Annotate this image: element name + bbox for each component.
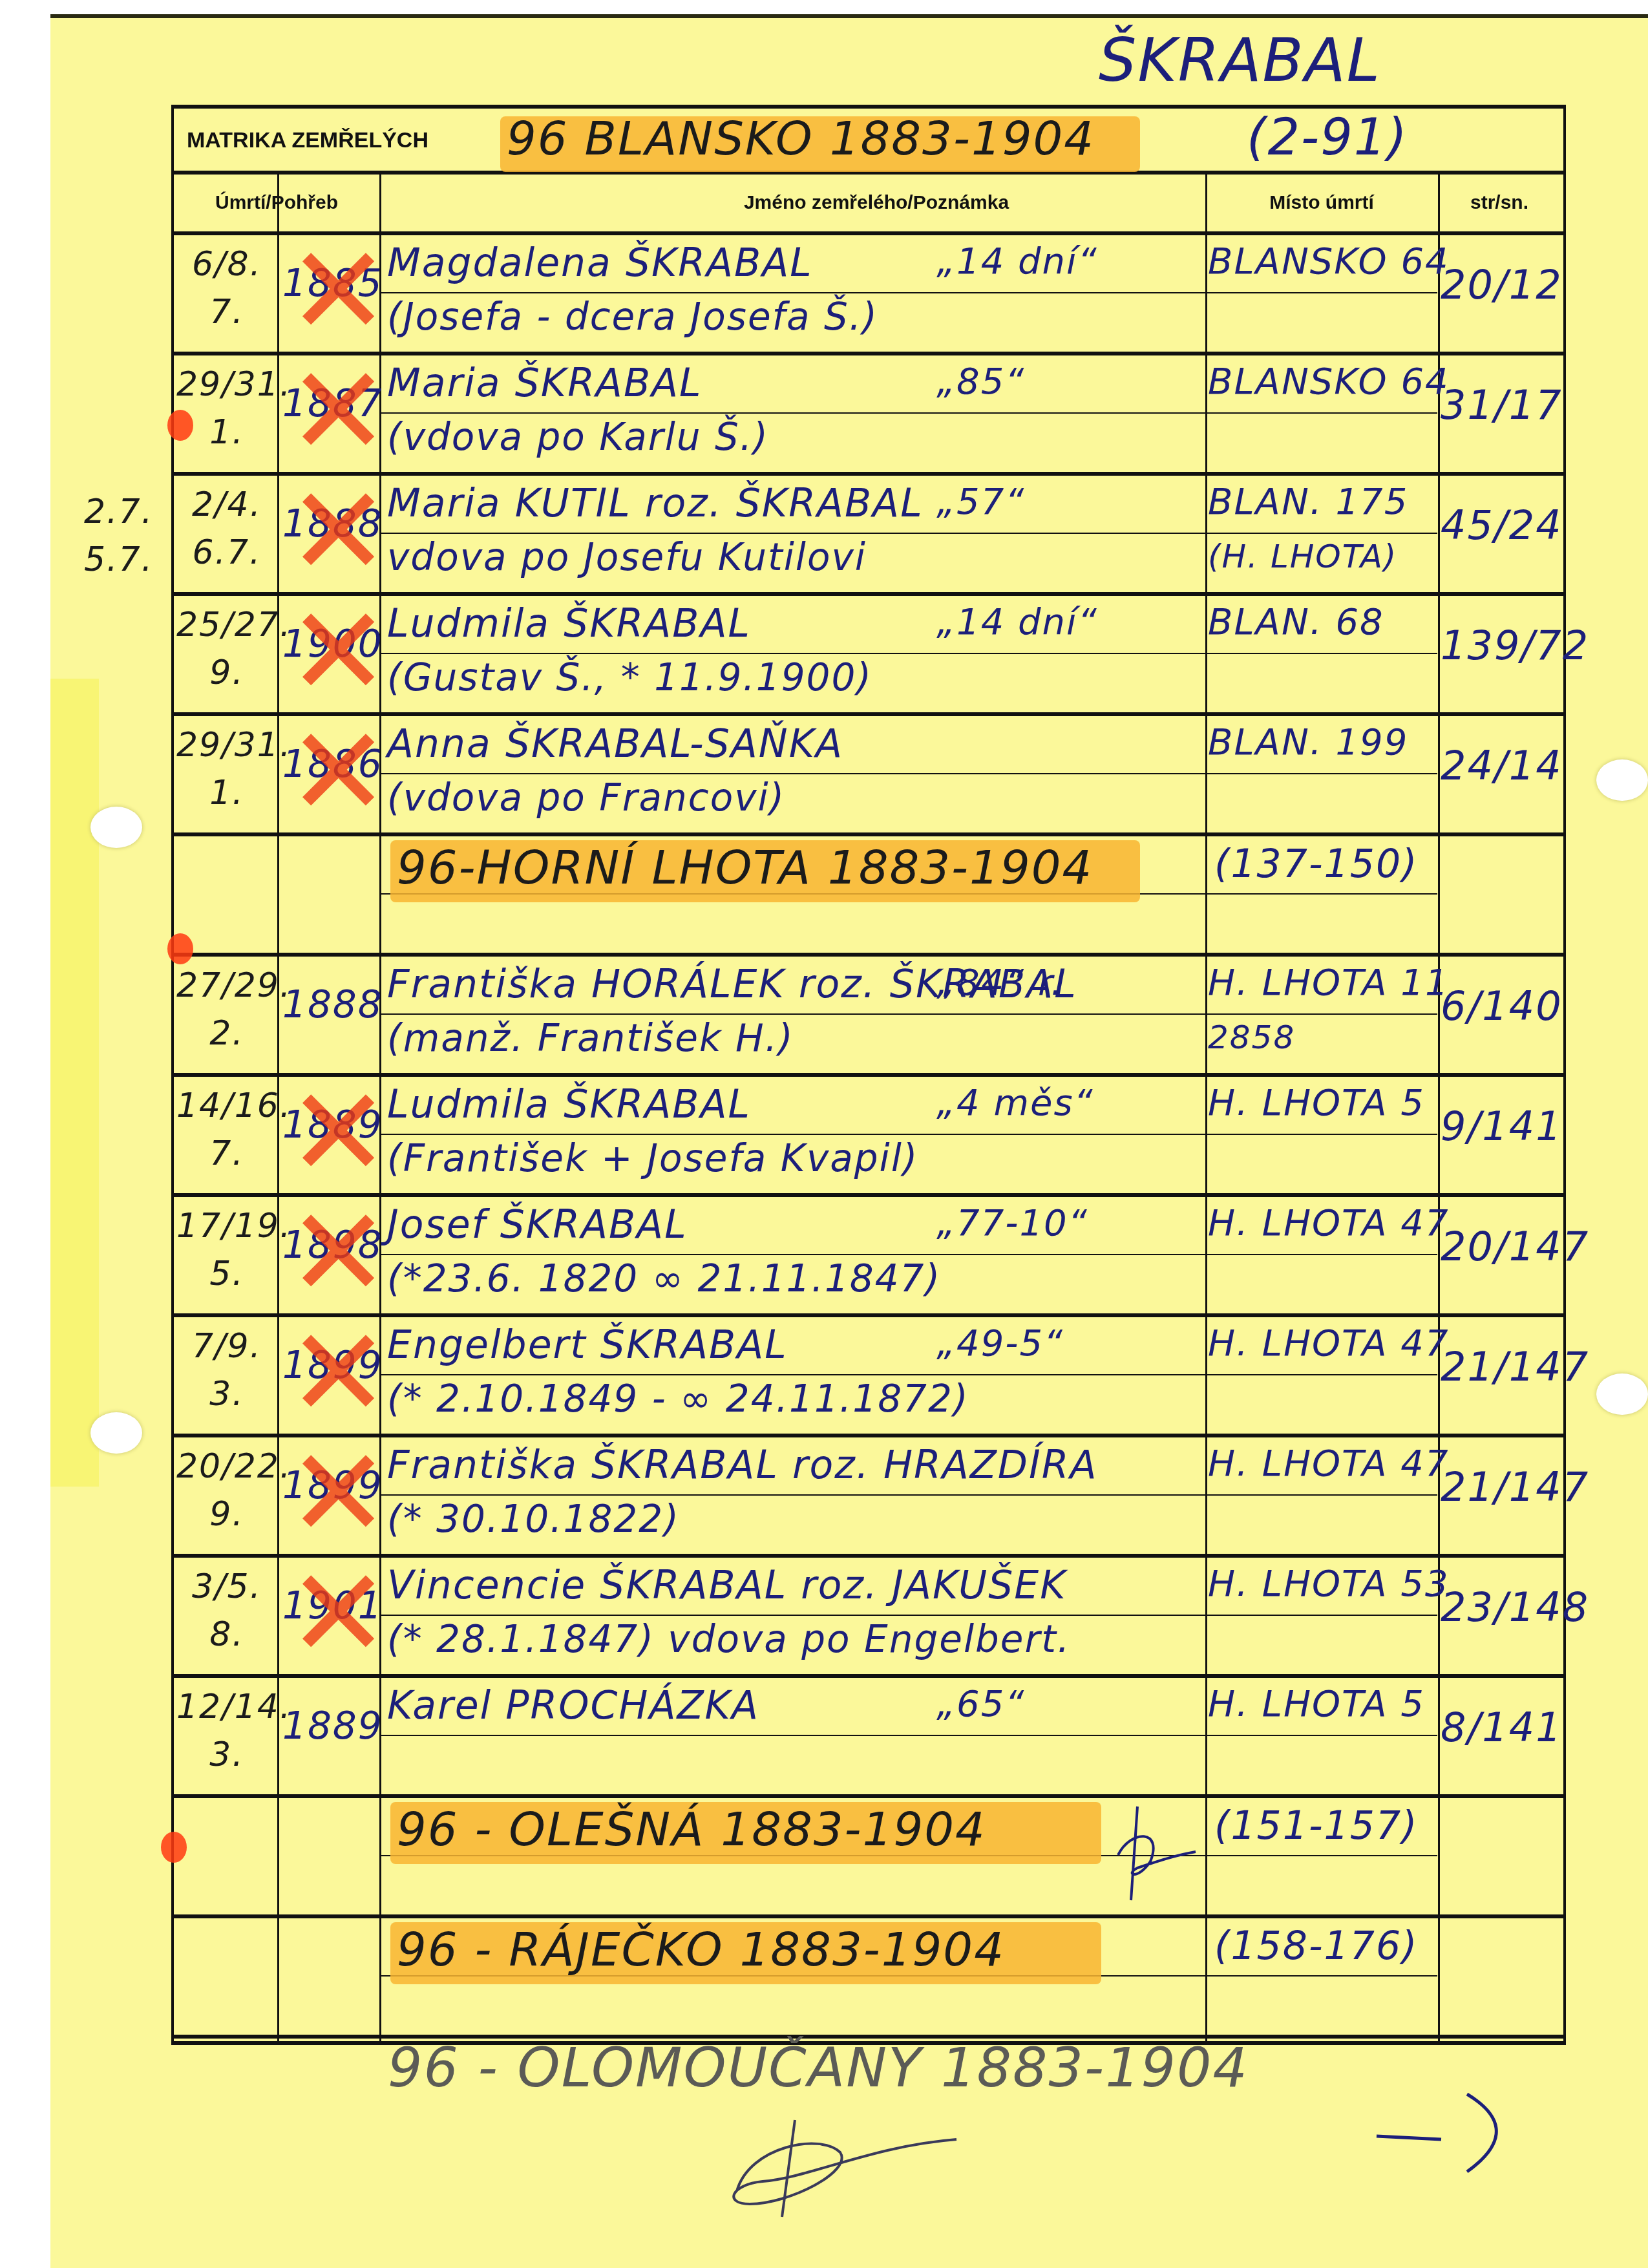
date-bottom: 7. [176, 1130, 277, 1178]
arrow-right-icon [1370, 2088, 1525, 2178]
table-row: 14/16.7.1889Ludmila ŠKRABAL(František + … [174, 1077, 1563, 1197]
deceased-name: Maria ŠKRABAL [387, 361, 703, 406]
death-year: 1887 [282, 381, 379, 425]
burial-date: 6/8.7. [176, 240, 277, 336]
place-of-death: H. LHOTA 53 [1208, 1563, 1450, 1605]
table-row: 3/5.8.1901Vincencie ŠKRABAL roz. JAKUŠEK… [174, 1558, 1563, 1678]
section-title: 96 - OLEŠNÁ 1883-1904 [397, 1802, 986, 1856]
punch-hole [1596, 759, 1648, 801]
section-header-row: 96 - OLEŠNÁ 1883-1904(151-157) [174, 1798, 1563, 1918]
punch-hole [1596, 1373, 1648, 1415]
page-reference: 8/141 [1441, 1704, 1563, 1751]
date-bottom: 5. [176, 1250, 277, 1298]
red-dot-mark [161, 1832, 187, 1863]
note: (František + Josefa Kvapil) [387, 1136, 918, 1180]
page-reference: 139/72 [1441, 622, 1589, 669]
deceased-name: Maria KUTIL roz. ŠKRABAL [387, 481, 924, 526]
table-row: 7/9.3.1899Engelbert ŠKRABAL(* 2.10.1849 … [174, 1317, 1563, 1437]
deceased-name: Ludmila ŠKRABAL [387, 1082, 751, 1127]
death-year: 1889 [282, 1103, 379, 1147]
section-title: 96 BLANSKO 1883-1904 [507, 111, 1095, 165]
date-top: 14/16. [176, 1082, 277, 1130]
footer-note: 96 - OLOMOUČANY 1883-1904 [388, 2036, 1249, 2099]
table-row: 17/19.5.1898Josef ŠKRABAL(*23.6. 1820 ∞ … [174, 1197, 1563, 1317]
death-year: 1900 [282, 622, 379, 666]
ruled-line [379, 653, 1437, 654]
date-bottom: 3. [176, 1731, 277, 1779]
ruled-line [379, 533, 1437, 534]
col-header-place: Místo úmrtí [1205, 175, 1438, 231]
date-top: 20/22. [176, 1443, 277, 1490]
burial-date: 3/5.8. [176, 1563, 277, 1659]
burial-date: 25/27.9. [176, 601, 277, 697]
place-of-death: H. LHOTA 11 [1208, 962, 1450, 1004]
ruled-line [379, 1735, 1437, 1736]
age-at-death: „85“ [936, 361, 1025, 403]
age-at-death: „57“ [936, 481, 1025, 523]
age-at-death: „4 měs“ [936, 1082, 1094, 1124]
death-year: 1901 [282, 1584, 379, 1627]
place-of-death: H. LHOTA 5 [1208, 1082, 1425, 1124]
table-row: 29/31.1.1886Anna ŠKRABAL-SAŇKA(vdova po … [174, 716, 1563, 836]
page-reference: 9/141 [1441, 1103, 1563, 1150]
burial-date: 17/19.5. [176, 1202, 277, 1298]
date-bottom: 7. [176, 288, 277, 336]
section-header-row: 96-HORNÍ LHOTA 1883-1904(137-150) [174, 836, 1563, 957]
table-row: 6/8.7.1885Magdalena ŠKRABAL(Josefa - dce… [174, 235, 1563, 355]
date-bottom: 8. [176, 1611, 277, 1659]
signature-icon [1112, 1803, 1202, 1907]
death-year: 1898 [282, 1223, 379, 1267]
date-top: 29/31. [176, 361, 277, 408]
place-of-death: BLAN. 199 [1208, 721, 1408, 763]
note: (* 2.10.1849 - ∞ 24.11.1872) [387, 1377, 969, 1421]
age-at-death: „65“ [936, 1683, 1025, 1725]
date-top: 3/5. [176, 1563, 277, 1611]
ruled-line [379, 292, 1437, 293]
date-bottom: 2. [176, 1010, 277, 1057]
page-reference: 21/147 [1441, 1463, 1589, 1510]
date-top: 7/9. [176, 1322, 277, 1370]
margin-note: 2.7. 5.7. [84, 488, 153, 584]
table-row: 20/22.9.1899Františka ŠKRABAL roz. HRAZD… [174, 1437, 1563, 1558]
burial-date: 7/9.3. [176, 1322, 277, 1418]
sticky-strip [50, 679, 99, 1487]
table-row: 25/27.9.1900Ludmila ŠKRABAL(Gustav Š., *… [174, 596, 1563, 716]
place-of-death: BLAN. 68 [1208, 601, 1384, 643]
burial-date: 20/22.9. [176, 1443, 277, 1538]
place-extra: 2858 [1208, 1019, 1295, 1056]
date-top: 27/29. [176, 962, 277, 1010]
age-at-death: „77-10“ [936, 1202, 1088, 1244]
ruled-line [379, 1615, 1437, 1616]
punch-hole [90, 1412, 142, 1454]
title-row: MATRIKA ZEMŘELÝCH 96 BLANSKO 1883-1904 (… [174, 109, 1563, 175]
date-top: 29/31. [176, 721, 277, 769]
page-reference: 45/24 [1441, 502, 1563, 549]
place-of-death: BLANSKO 64 [1208, 240, 1450, 282]
death-year: 1888 [282, 502, 379, 546]
signature-icon [711, 2107, 982, 2223]
margin-note-line: 2.7. [84, 488, 153, 536]
section-pages: (2-91) [1247, 109, 1408, 167]
death-register-table: MATRIKA ZEMŘELÝCH 96 BLANSKO 1883-1904 (… [171, 105, 1566, 2045]
date-bottom: 9. [176, 649, 277, 697]
page-reference: 31/17 [1441, 381, 1563, 429]
note: (*23.6. 1820 ∞ 21.11.1847) [387, 1256, 941, 1300]
date-bottom: 9. [176, 1490, 277, 1538]
table-row: 29/31.1.1887Maria ŠKRABAL(vdova po Karlu… [174, 355, 1563, 476]
punch-hole [90, 807, 142, 848]
note: (Gustav Š., * 11.9.1900) [387, 655, 872, 699]
age-at-death: „84“ r. [936, 962, 1064, 1004]
place-of-death: BLANSKO 64 [1208, 361, 1450, 403]
section-pages: (137-150) [1214, 842, 1419, 887]
death-year: 1899 [282, 1463, 379, 1507]
age-at-death: „49-5“ [936, 1322, 1064, 1364]
death-year: 1889 [282, 1704, 379, 1748]
red-dot-mark [167, 933, 193, 964]
note: (* 28.1.1847) vdova po Engelbert. [387, 1617, 1071, 1661]
note: (Josefa - dcera Josefa Š.) [387, 295, 878, 339]
place-of-death: BLAN. 175 [1208, 481, 1408, 523]
ruled-line [379, 1254, 1437, 1255]
note: vdova po Josefu Kutilovi [387, 535, 867, 579]
burial-date: 2/4.6.7. [176, 481, 277, 577]
date-bottom: 6.7. [176, 529, 277, 577]
age-at-death: „14 dní“ [936, 240, 1098, 282]
place-of-death: H. LHOTA 47 [1208, 1322, 1450, 1364]
deceased-name: Vincencie ŠKRABAL roz. JAKUŠEK [387, 1563, 1067, 1608]
death-year: 1888 [282, 982, 379, 1026]
date-top: 6/8. [176, 240, 277, 288]
burial-date: 12/14.3. [176, 1683, 277, 1779]
deceased-name: Františka ŠKRABAL roz. HRAZDÍRA [387, 1443, 1098, 1488]
death-year: 1899 [282, 1343, 379, 1387]
table-row: 2/4.6.7.1888Maria KUTIL roz. ŠKRABALvdov… [174, 476, 1563, 596]
col-header-date: Úmrtí/Pohřeb [174, 175, 379, 231]
place-extra: (H. LHOTA) [1208, 538, 1397, 575]
note: (vdova po Francovi) [387, 776, 785, 820]
deceased-name: Magdalena ŠKRABAL [387, 240, 813, 286]
age-at-death: „14 dní“ [936, 601, 1098, 643]
deceased-name: Anna ŠKRABAL-SAŇKA [387, 721, 843, 767]
surname-heading: ŠKRABAL [1099, 26, 1381, 95]
page-reference: 20/147 [1441, 1223, 1589, 1270]
section-header-row: 96 - RÁJEČKO 1883-1904(158-176) [174, 1918, 1563, 2039]
ruled-line [379, 1134, 1437, 1135]
col-header-ref: str/sn. [1438, 175, 1561, 231]
burial-date: 29/31.1. [176, 361, 277, 456]
ruled-line [379, 1013, 1437, 1015]
death-year: 1886 [282, 742, 379, 786]
place-of-death: H. LHOTA 47 [1208, 1443, 1450, 1485]
page-reference: 6/140 [1441, 982, 1563, 1030]
deceased-name: Karel PROCHÁZKA [387, 1683, 759, 1728]
page-reference: 20/12 [1441, 261, 1563, 308]
date-top: 12/14. [176, 1683, 277, 1731]
date-top: 25/27. [176, 601, 277, 649]
note: (manž. František H.) [387, 1016, 794, 1060]
deceased-name: Ludmila ŠKRABAL [387, 601, 751, 646]
death-year: 1885 [282, 261, 379, 305]
burial-date: 27/29.2. [176, 962, 277, 1057]
section-pages: (151-157) [1214, 1803, 1419, 1849]
burial-date: 14/16.7. [176, 1082, 277, 1178]
date-bottom: 1. [176, 769, 277, 817]
red-dot-mark [167, 410, 193, 441]
note: (vdova po Karlu Š.) [387, 415, 769, 459]
note: (* 30.10.1822) [387, 1497, 680, 1541]
ruled-line [379, 1494, 1437, 1496]
ruled-line [379, 412, 1437, 414]
date-top: 17/19. [176, 1202, 277, 1250]
form-title: MATRIKA ZEMŘELÝCH [187, 128, 428, 153]
burial-date: 29/31.1. [176, 721, 277, 817]
deceased-name: Engelbert ŠKRABAL [387, 1322, 788, 1368]
column-header-row: Úmrtí/Pohřeb Jméno zemřelého/Poznámka Mí… [174, 175, 1563, 235]
place-of-death: H. LHOTA 5 [1208, 1683, 1425, 1725]
section-title: 96-HORNÍ LHOTA 1883-1904 [397, 840, 1093, 895]
date-top: 2/4. [176, 481, 277, 529]
place-of-death: H. LHOTA 47 [1208, 1202, 1450, 1244]
page-reference: 21/147 [1441, 1343, 1589, 1390]
margin-note-line: 5.7. [84, 536, 153, 584]
date-bottom: 3. [176, 1370, 277, 1418]
ruled-line [379, 1374, 1437, 1375]
section-pages: (158-176) [1214, 1924, 1419, 1969]
page-reference: 23/148 [1441, 1584, 1589, 1631]
deceased-name: Josef ŠKRABAL [387, 1202, 688, 1247]
table-row: 12/14.3.1889Karel PROCHÁZKA„65“H. LHOTA … [174, 1678, 1563, 1798]
table-row: 27/29.2.1888Františka HORÁLEK roz. ŠKRAB… [174, 957, 1563, 1077]
page-reference: 24/14 [1441, 742, 1563, 789]
ruled-line [379, 773, 1437, 774]
section-title: 96 - RÁJEČKO 1883-1904 [397, 1922, 1005, 1977]
